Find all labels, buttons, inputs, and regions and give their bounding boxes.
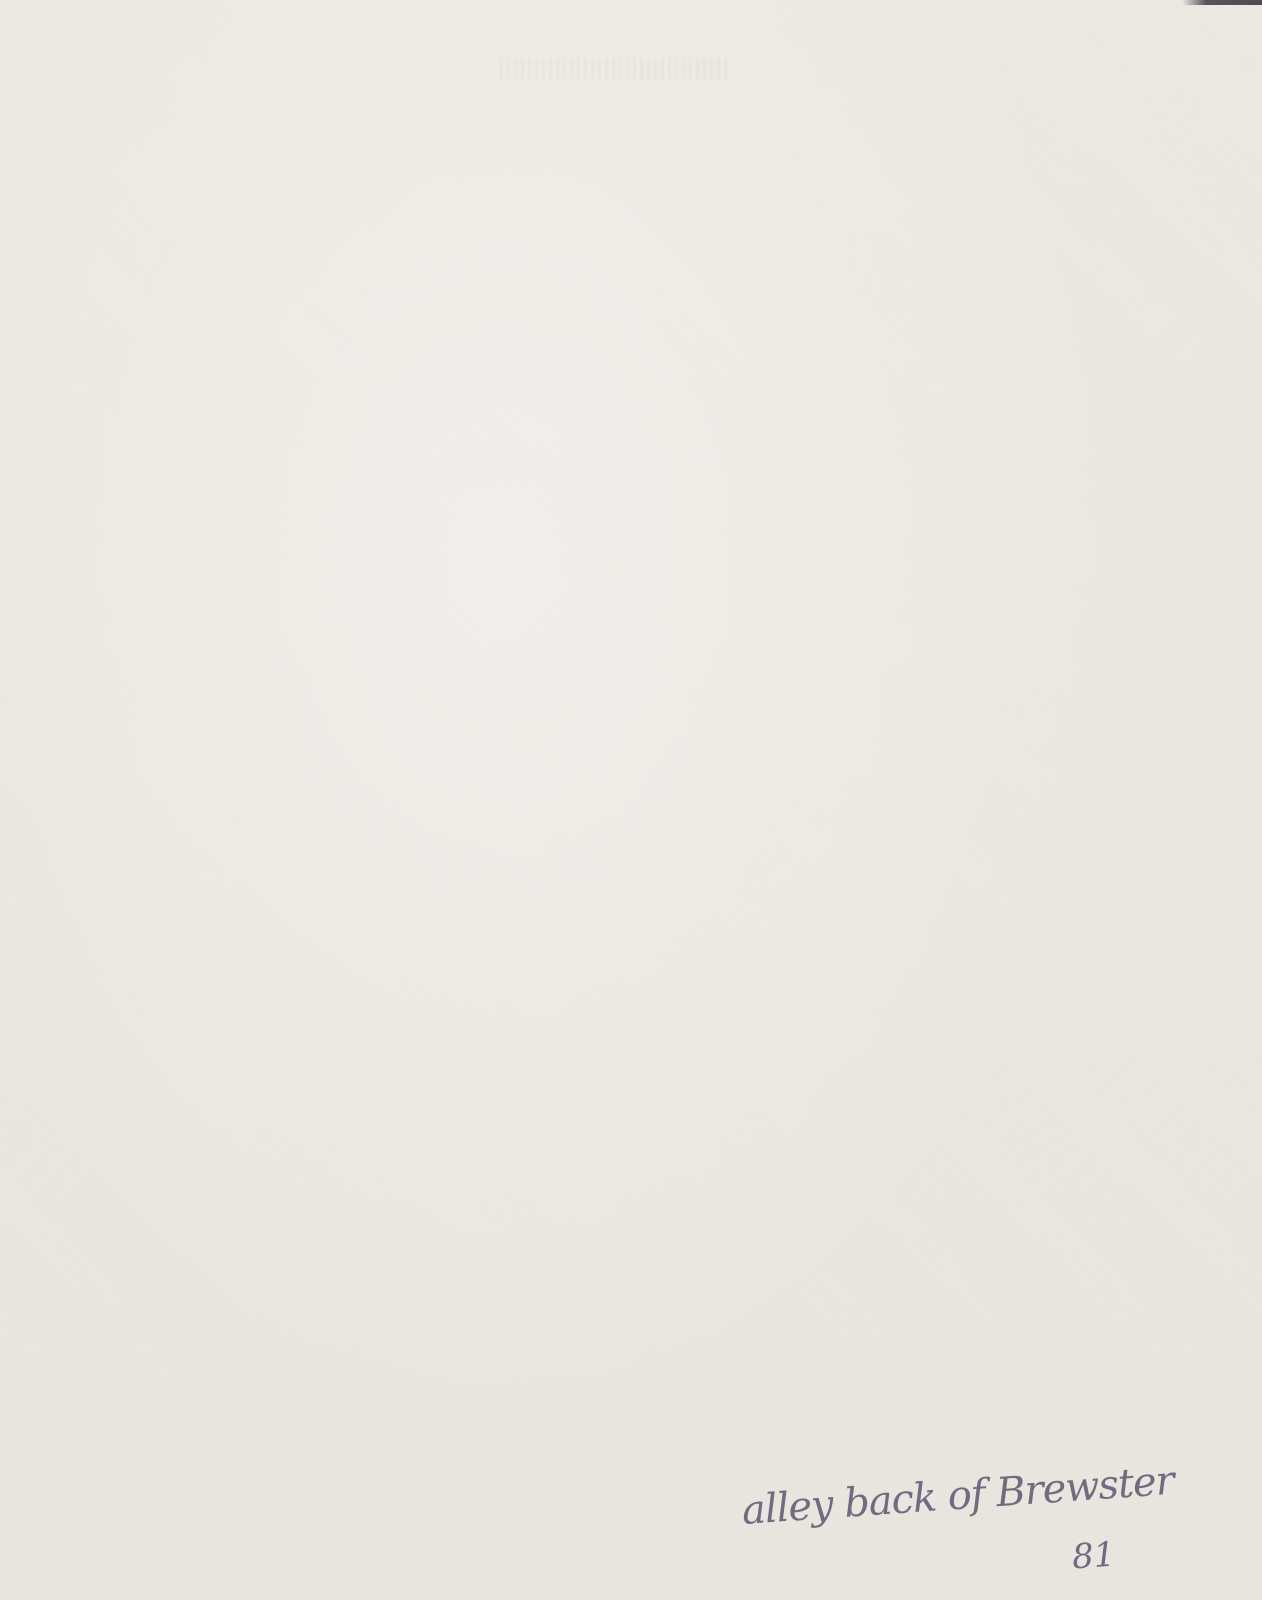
inscription-location: alley back of Brewster [740, 1458, 1175, 1534]
paper-sheet: alley back of Brewster 81 [0, 0, 1262, 1600]
inscription-year: 81 [1071, 1535, 1117, 1578]
bleed-through-marks [500, 58, 730, 80]
handwritten-inscription: alley back of Brewster 81 [742, 1470, 1202, 1580]
scan-edge [1182, 0, 1262, 5]
paper-texture [0, 0, 1262, 1600]
